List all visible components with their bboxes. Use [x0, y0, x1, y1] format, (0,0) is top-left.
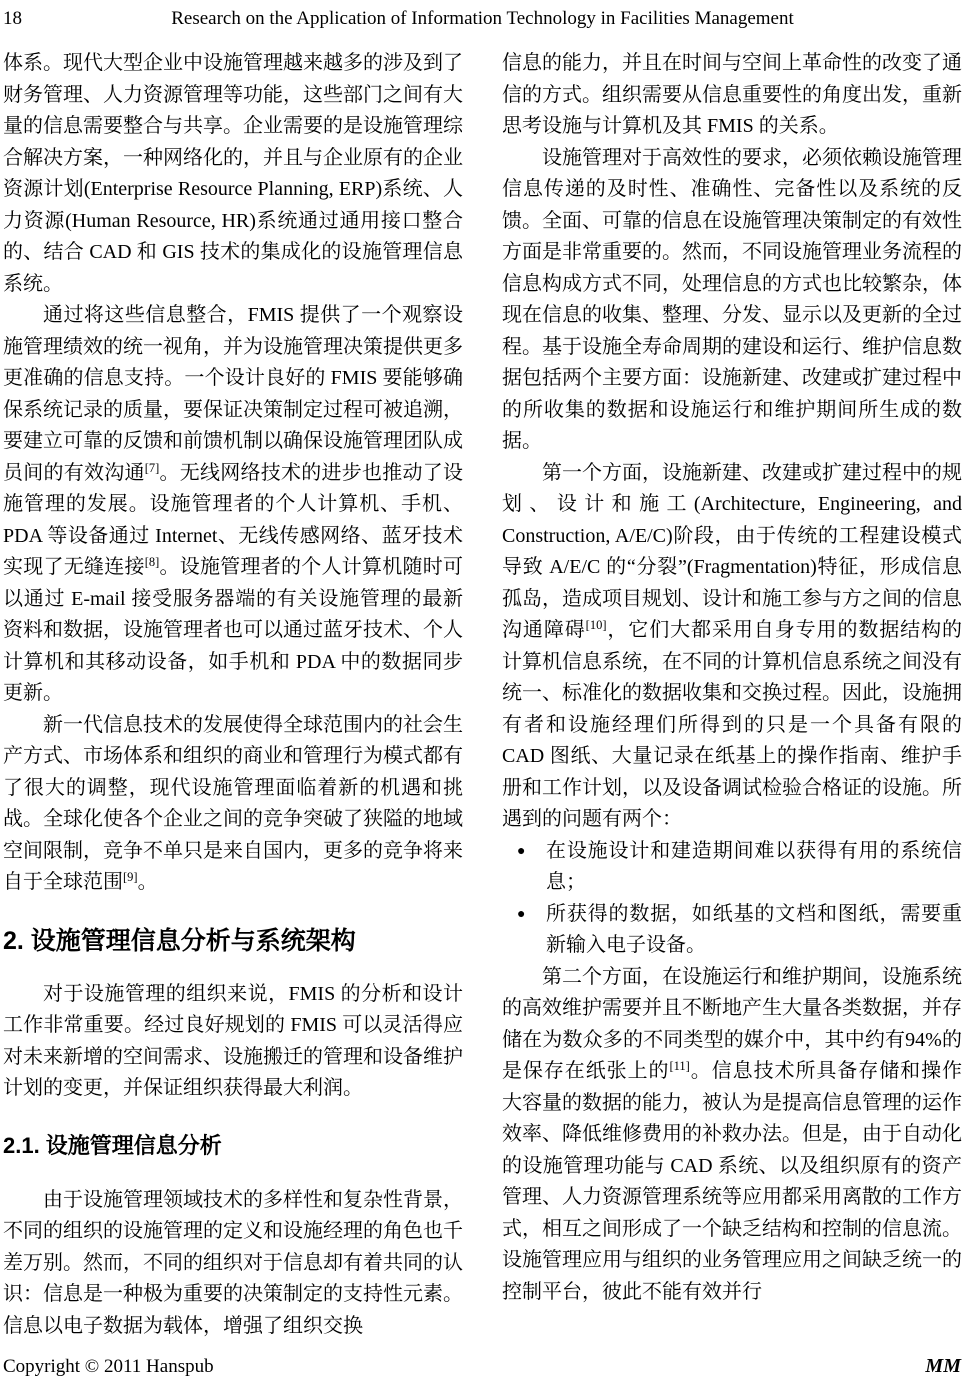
paragraph: 对于设施管理的组织来说，FMIS 的分析和设计工作非常重要。经过良好规划的 FM…	[3, 979, 463, 1105]
list-item-text: 在设施设计和建造期间难以获得有用的系统信息；	[546, 840, 962, 894]
page-header: 18 Research on the Application of Inform…	[3, 6, 962, 36]
bullet-icon: ●	[517, 899, 525, 931]
copyright-text: Copyright © 2011 Hanspub	[3, 1356, 214, 1378]
paragraph: 通过将这些信息整合，FMIS 提供了一个观察设施管理绩效的统一视角，并为设施管理…	[3, 300, 463, 710]
citation-ref: [8]	[145, 555, 160, 569]
paragraph: 第二个方面，在设施运行和维护期间，设施系统的高效维护需要并且不断地产生大量各类数…	[502, 962, 962, 1309]
paragraph-text: 。信息技术所具备存储和操作大容量的数据的能力，被认为是提高信息管理的运作效率、降…	[502, 1060, 962, 1303]
paragraph-text: 。设施管理者的个人计算机随时可以通过 E-mail 接受服务器端的有关设施管理的…	[3, 556, 463, 704]
right-column: 信息的能力，并且在时间与空间上革命性的改变了通信的方式。组织需要从信息重要性的角…	[502, 48, 962, 1342]
page-number: 18	[3, 8, 22, 30]
bullet-icon: ●	[517, 836, 525, 868]
citation-ref: [9]	[123, 870, 138, 884]
paragraph-text: 。	[138, 871, 158, 893]
paragraph-continuation: 信息的能力，并且在时间与空间上革命性的改变了通信的方式。组织需要从信息重要性的角…	[502, 48, 962, 143]
paragraph-continuation: 体系。现代大型企业中设施管理越来越多的涉及到了财务管理、人力资源管理等功能，这些…	[3, 48, 463, 300]
left-column: 体系。现代大型企业中设施管理越来越多的涉及到了财务管理、人力资源管理等功能，这些…	[3, 48, 463, 1342]
paragraph-text: 新一代信息技术的发展使得全球范围内的社会生产方式、市场体系和组织的商业和管理行为…	[3, 714, 463, 894]
paragraph: 新一代信息技术的发展使得全球范围内的社会生产方式、市场体系和组织的商业和管理行为…	[3, 710, 463, 899]
running-title: Research on the Application of Informati…	[3, 6, 962, 30]
list-item-text: 所获得的数据，如纸基的文档和图纸，需要重新输入电子设备。	[546, 903, 962, 957]
journal-mark: MM	[925, 1355, 961, 1378]
paragraph-text: ，它们大都采用自身专用的数据结构的计算机信息系统，在不同的计算机信息系统之间没有…	[502, 619, 962, 830]
document-page: 18 Research on the Application of Inform…	[0, 0, 966, 1342]
list-item: ●所获得的数据，如纸基的文档和图纸，需要重新输入电子设备。	[546, 899, 962, 962]
paragraph: 设施管理对于高效性的要求，必须依赖设施管理信息传递的及时性、准确性、完备性以及系…	[502, 143, 962, 458]
citation-ref: [10]	[586, 618, 607, 632]
list-item: ●在设施设计和建造期间难以获得有用的系统信息；	[546, 836, 962, 899]
citation-ref: [7]	[145, 461, 160, 475]
section-heading: 2. 设施管理信息分析与系统架构	[3, 925, 463, 957]
page-footer: Copyright © 2011 Hanspub MM	[3, 1355, 961, 1378]
paragraph: 第一个方面，设施新建、改建或扩建过程中的规划、设计和施工(Architectur…	[502, 458, 962, 836]
bullet-list: ●在设施设计和建造期间难以获得有用的系统信息； ●所获得的数据，如纸基的文档和图…	[502, 836, 962, 962]
citation-ref: [11]	[669, 1059, 689, 1073]
paragraph: 由于设施管理领域技术的多样性和复杂性背景，不同的组织的设施管理的定义和设施经理的…	[3, 1185, 463, 1343]
paragraph-text: 通过将这些信息整合，FMIS 提供了一个观察设施管理绩效的统一视角，并为设施管理…	[3, 304, 463, 484]
subsection-heading: 2.1. 设施管理信息分析	[3, 1131, 463, 1161]
two-column-body: 体系。现代大型企业中设施管理越来越多的涉及到了财务管理、人力资源管理等功能，这些…	[3, 48, 962, 1342]
paragraph-text: 第一个方面，设施新建、改建或扩建过程中的规划、设计和施工(Architectur…	[502, 462, 962, 642]
